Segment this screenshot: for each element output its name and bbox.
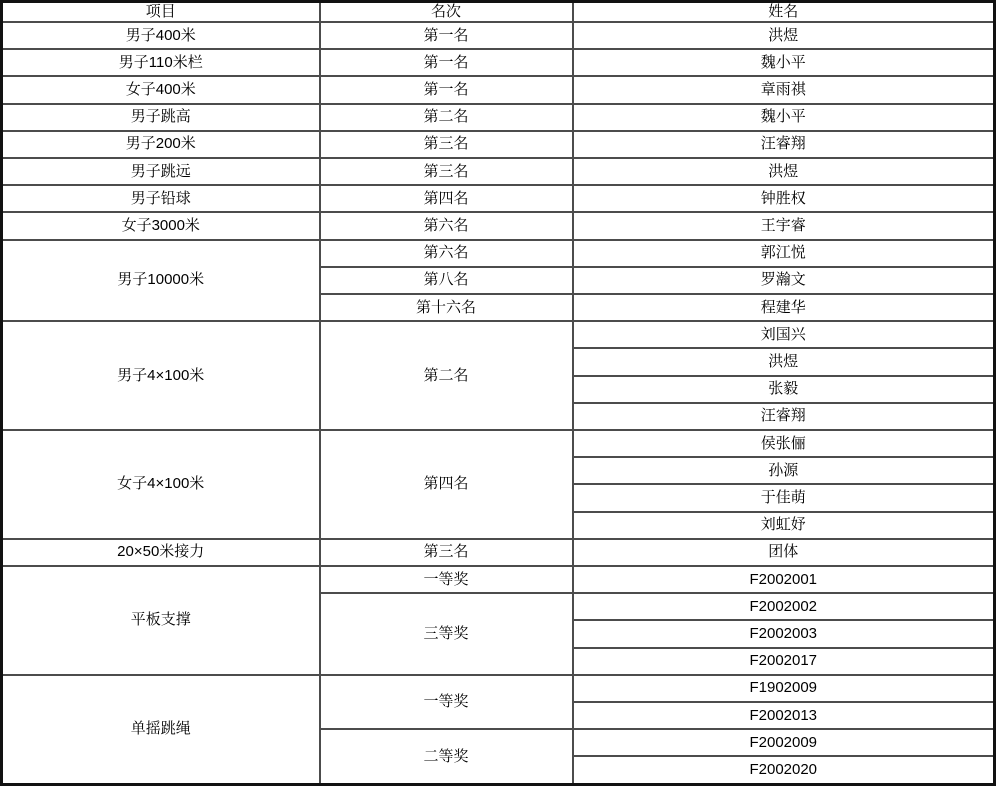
name-cell: 王宇睿: [573, 212, 995, 239]
event-cell: 男子200米: [2, 131, 320, 158]
rank-cell: 第四名: [320, 430, 573, 539]
name-cell: 张毅: [573, 376, 995, 403]
rank-cell: 二等奖: [320, 729, 573, 784]
rank-cell: 第十六名: [320, 294, 573, 321]
name-cell: 洪煜: [573, 348, 995, 375]
name-cell: 钟胜权: [573, 185, 995, 212]
rank-cell: 三等奖: [320, 593, 573, 675]
rank-cell: 第三名: [320, 539, 573, 566]
rank-cell: 第一名: [320, 76, 573, 103]
event-cell: 女子400米: [2, 76, 320, 103]
name-cell: 孙源: [573, 457, 995, 484]
event-cell: 20×50米接力: [2, 539, 320, 566]
name-cell: 侯张俪: [573, 430, 995, 457]
event-cell: 男子跳远: [2, 158, 320, 185]
table-row: 男子400米第一名洪煜: [2, 22, 995, 49]
name-cell: F1902009: [573, 675, 995, 702]
name-cell: 章雨祺: [573, 76, 995, 103]
rank-cell: 第八名: [320, 267, 573, 294]
rank-cell: 一等奖: [320, 675, 573, 729]
event-cell: 女子4×100米: [2, 430, 320, 539]
table-row: 20×50米接力第三名团体: [2, 539, 995, 566]
name-cell: 洪煜: [573, 158, 995, 185]
column-header-rank: 名次: [320, 2, 573, 23]
event-cell: 男子400米: [2, 22, 320, 49]
rank-cell: 第二名: [320, 321, 573, 430]
table-row: 男子200米第三名汪睿翔: [2, 131, 995, 158]
table-row: 男子跳远第三名洪煜: [2, 158, 995, 185]
name-cell: 于佳萌: [573, 484, 995, 511]
rank-cell: 第三名: [320, 158, 573, 185]
name-cell: F2002003: [573, 620, 995, 647]
name-cell: 刘国兴: [573, 321, 995, 348]
column-header-name: 姓名: [573, 2, 995, 23]
rank-cell: 第一名: [320, 49, 573, 76]
event-cell: 男子10000米: [2, 240, 320, 322]
event-cell: 平板支撑: [2, 566, 320, 675]
rank-cell: 第二名: [320, 104, 573, 131]
table-row: 单摇跳绳一等奖F1902009: [2, 675, 995, 702]
name-cell: 汪睿翔: [573, 131, 995, 158]
name-cell: 汪睿翔: [573, 403, 995, 430]
name-cell: 团体: [573, 539, 995, 566]
rank-cell: 第六名: [320, 212, 573, 239]
event-cell: 男子110米栏: [2, 49, 320, 76]
table-row: 男子铅球第四名钟胜权: [2, 185, 995, 212]
name-cell: 罗瀚文: [573, 267, 995, 294]
name-cell: 程建华: [573, 294, 995, 321]
results-table-body: 男子400米第一名洪煜男子110米栏第一名魏小平女子400米第一名章雨祺男子跳高…: [2, 22, 995, 785]
name-cell: 魏小平: [573, 49, 995, 76]
name-cell: 魏小平: [573, 104, 995, 131]
table-row: 女子400米第一名章雨祺: [2, 76, 995, 103]
rank-cell: 第三名: [320, 131, 573, 158]
event-cell: 男子4×100米: [2, 321, 320, 430]
rank-cell: 一等奖: [320, 566, 573, 593]
table-row: 男子跳高第二名魏小平: [2, 104, 995, 131]
rank-cell: 第四名: [320, 185, 573, 212]
event-cell: 男子铅球: [2, 185, 320, 212]
name-cell: F2002001: [573, 566, 995, 593]
table-row: 女子3000米第六名王宇睿: [2, 212, 995, 239]
table-row: 男子10000米第六名郭江悦: [2, 240, 995, 267]
name-cell: F2002009: [573, 729, 995, 756]
table-row: 女子4×100米第四名侯张俪: [2, 430, 995, 457]
results-table: 项目 名次 姓名 男子400米第一名洪煜男子110米栏第一名魏小平女子400米第…: [0, 0, 996, 786]
table-row: 平板支撑一等奖F2002001: [2, 566, 995, 593]
name-cell: F2002020: [573, 756, 995, 784]
table-row: 男子4×100米第二名刘国兴: [2, 321, 995, 348]
name-cell: 刘虹妤: [573, 512, 995, 539]
name-cell: 洪煜: [573, 22, 995, 49]
name-cell: F2002002: [573, 593, 995, 620]
rank-cell: 第一名: [320, 22, 573, 49]
header-row: 项目 名次 姓名: [2, 2, 995, 23]
event-cell: 男子跳高: [2, 104, 320, 131]
event-cell: 单摇跳绳: [2, 675, 320, 785]
column-header-event: 项目: [2, 2, 320, 23]
event-cell: 女子3000米: [2, 212, 320, 239]
name-cell: F2002017: [573, 648, 995, 675]
name-cell: F2002013: [573, 702, 995, 729]
name-cell: 郭江悦: [573, 240, 995, 267]
rank-cell: 第六名: [320, 240, 573, 267]
table-row: 男子110米栏第一名魏小平: [2, 49, 995, 76]
